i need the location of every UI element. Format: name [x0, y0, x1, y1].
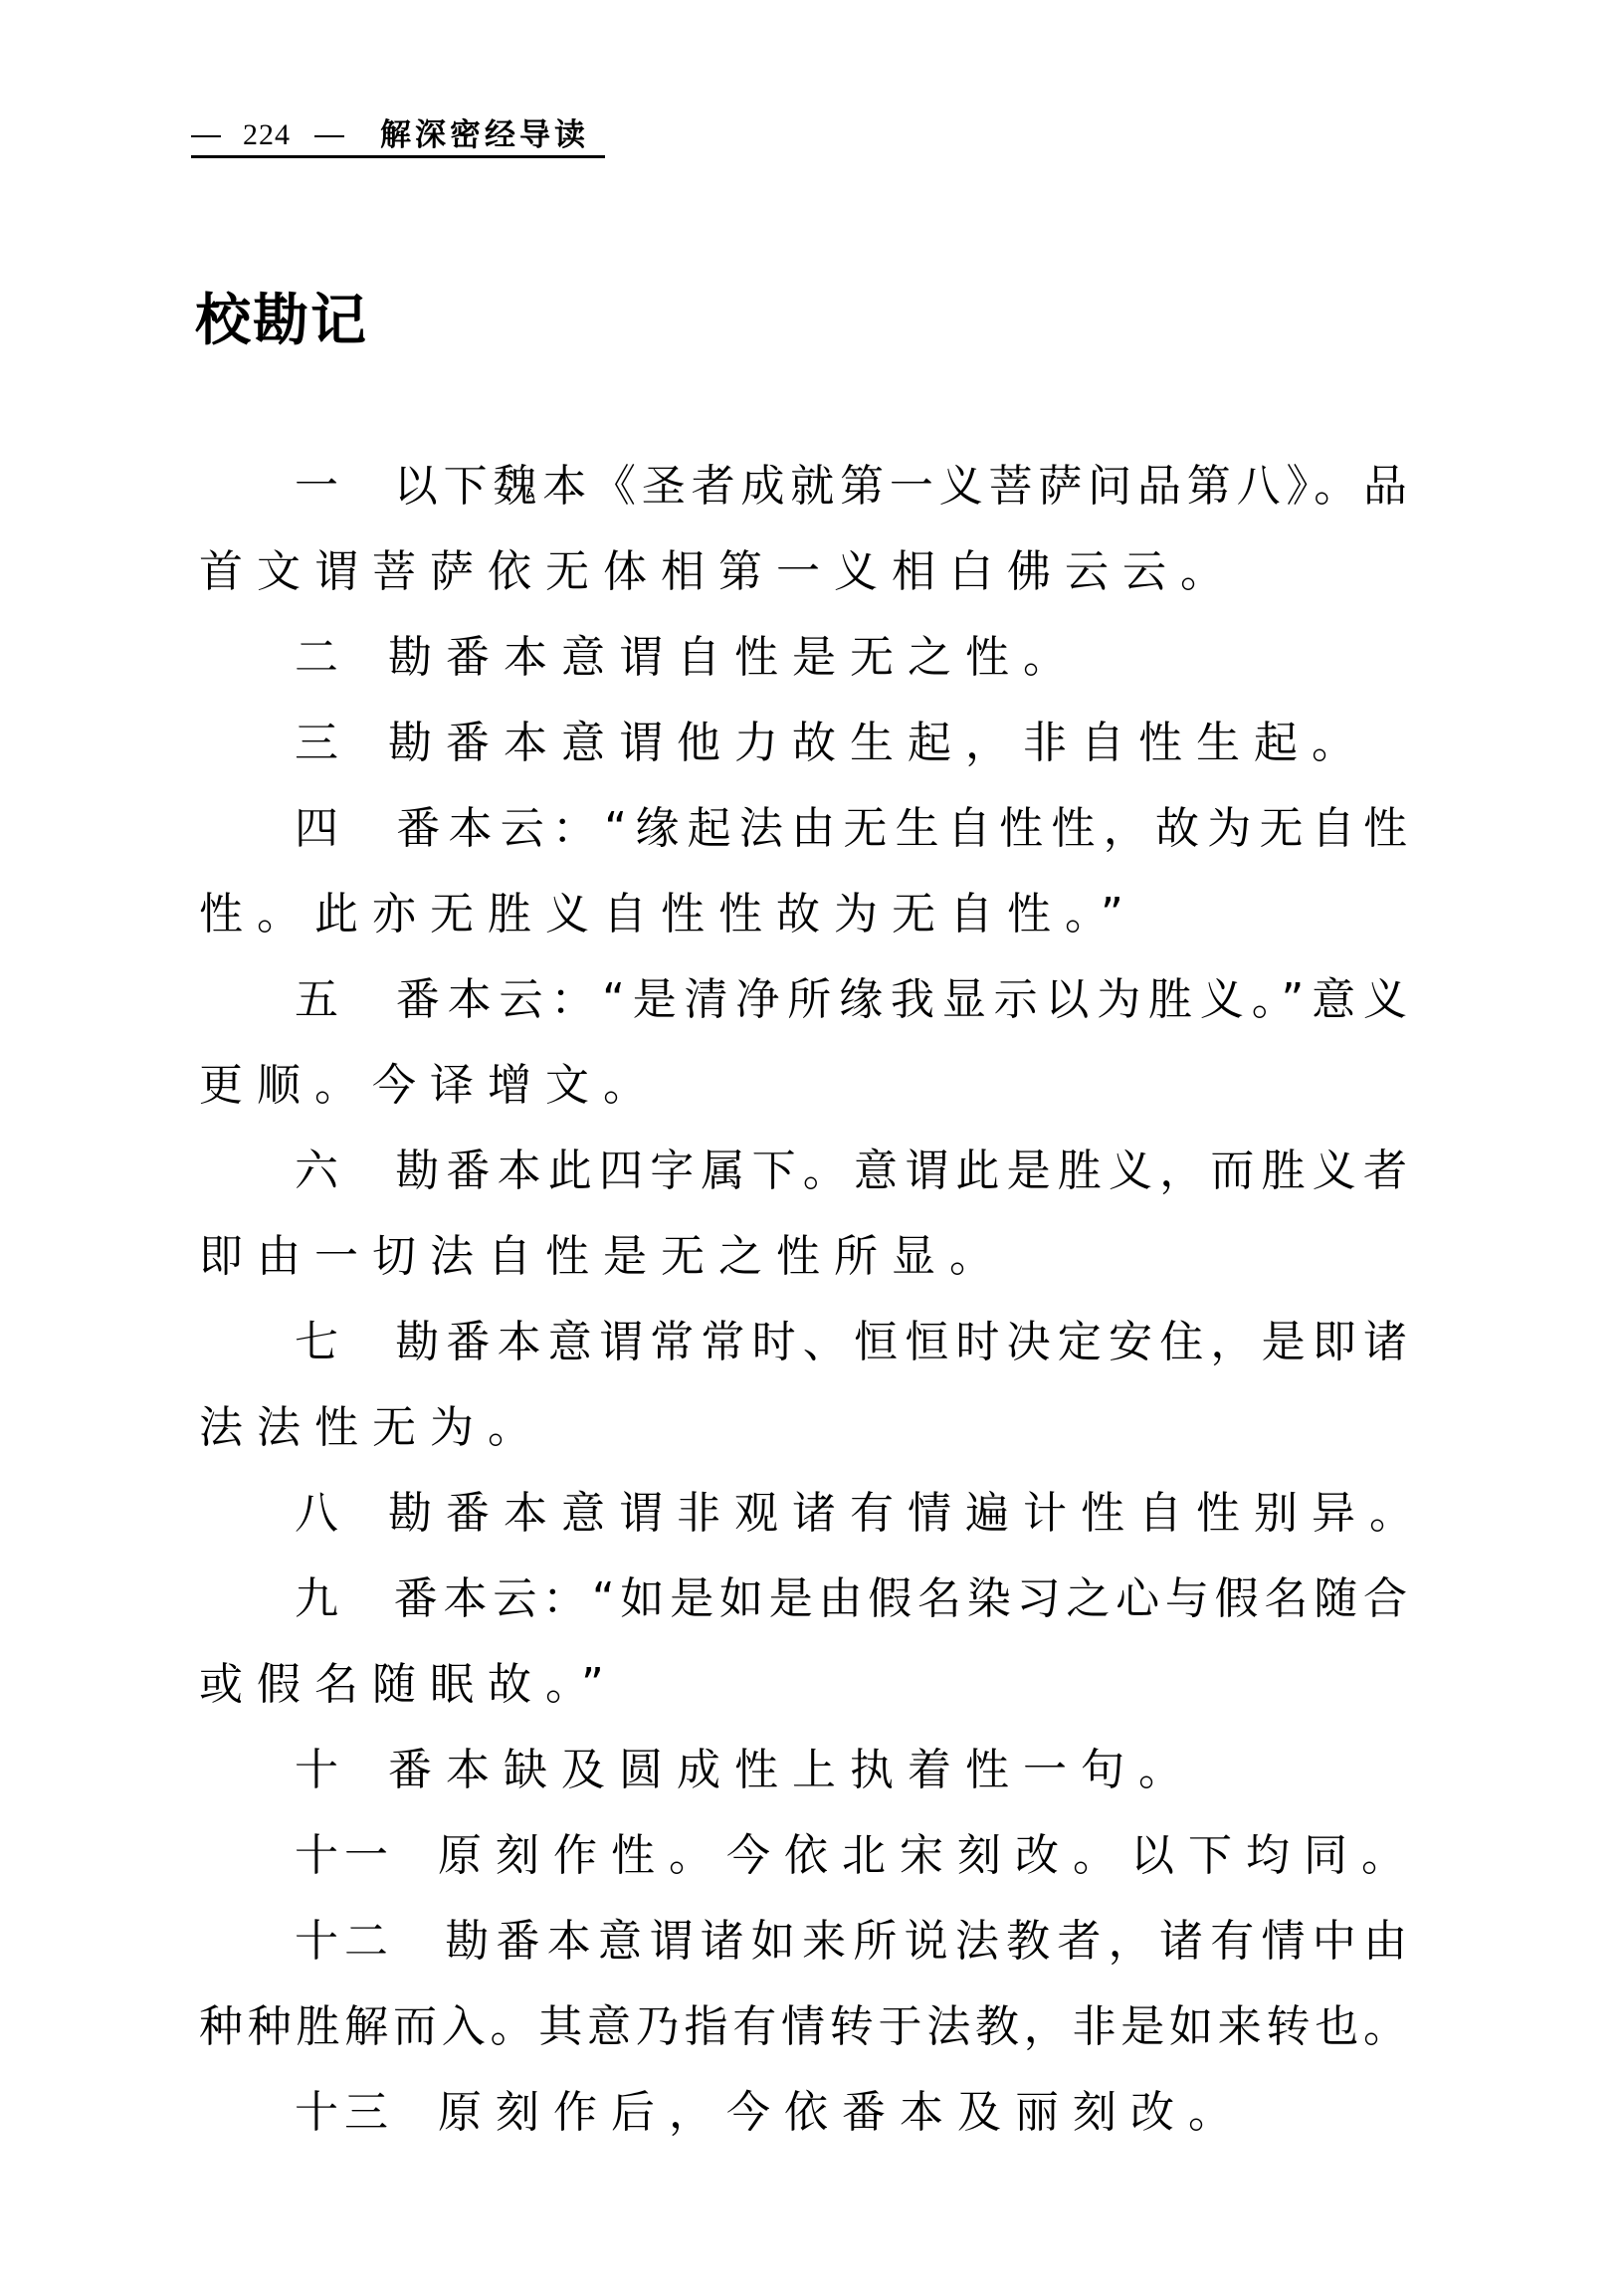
note-13-line-1: 十三原刻作后，今依番本及丽刻改。 [199, 2070, 1407, 2156]
note-number: 一 [295, 444, 344, 529]
section-title: 校勘记 [195, 287, 368, 356]
note-text: 番本云：“缘起法由无生自性性，故为无自性 [388, 803, 1407, 854]
note-text: 原刻作性。今依北宋刻改。以下均同。 [438, 1830, 1419, 1881]
note-4-line-2: 性。此亦无胜义自性性故为无自性。” [199, 872, 1407, 957]
note-3-line-1: 三勘番本意谓他力故生起，非自性生起。 [199, 701, 1407, 786]
note-text: 原刻作后，今依番本及丽刻改。 [438, 2087, 1246, 2138]
note-8-line-1: 八勘番本意谓非观诸有情遍计性自性别异。 [199, 1471, 1407, 1557]
note-number: 四 [295, 786, 344, 872]
note-2-line-1: 二勘番本意谓自性是无之性。 [199, 615, 1407, 701]
note-7-line-1: 七勘番本意谓常常时、恒恒时决定安住，是即诸 [199, 1300, 1407, 1385]
note-number: 六 [295, 1129, 344, 1214]
note-number: 九 [295, 1557, 344, 1642]
note-number: 五 [295, 957, 344, 1043]
running-head: 224 解深密经导读 [191, 111, 605, 158]
page-number: 224 [243, 115, 291, 155]
note-text: 番本缺及圆成性上执着性一句。 [388, 1745, 1196, 1795]
note-4-line-1: 四番本云：“缘起法由无生自性性，故为无自性 [199, 786, 1407, 872]
note-text: 首文谓菩萨依无体相第一义相白佛云云。 [199, 546, 1238, 597]
note-text: 勘番本此四字属下。意谓此是胜义，而胜义者 [388, 1146, 1407, 1196]
note-number: 七 [295, 1300, 344, 1385]
note-6-line-1: 六勘番本此四字属下。意谓此是胜义，而胜义者 [199, 1129, 1407, 1214]
note-text: 种种胜解而入。其意乃指有情转于法教，非是如来转也。 [199, 2001, 1407, 2052]
dash-right [314, 135, 344, 137]
note-text: 法法性无为。 [199, 1402, 545, 1453]
note-number: 三 [295, 701, 344, 786]
note-1-line-2: 首文谓菩萨依无体相第一义相白佛云云。 [199, 529, 1407, 615]
note-1-line-1: 一以下魏本《圣者成就第一义菩萨问品第八》。品 [199, 444, 1407, 529]
note-6-line-2: 即由一切法自性是无之性所显。 [199, 1214, 1407, 1300]
note-text: 勘番本意谓诸如来所说法教者，诸有情中由 [438, 1916, 1407, 1967]
note-number: 十三 [295, 2070, 394, 2156]
note-10-line-1: 十番本缺及圆成性上执着性一句。 [199, 1728, 1407, 1813]
note-12-line-1: 十二勘番本意谓诸如来所说法教者，诸有情中由 [199, 1899, 1407, 1984]
note-number: 十二 [295, 1899, 394, 1984]
note-text: 番本云：“如是如是由假名染习之心与假名随合 [388, 1573, 1407, 1624]
note-5-line-1: 五番本云：“是清净所缘我显示以为胜义。”意义 [199, 957, 1407, 1043]
note-number: 二 [295, 615, 344, 701]
note-9-line-2: 或假名随眠故。” [199, 1642, 1407, 1728]
note-text: 勘番本意谓他力故生起，非自性生起。 [388, 718, 1369, 768]
note-text: 即由一切法自性是无之性所显。 [199, 1231, 1007, 1282]
note-text: 勘番本意谓自性是无之性。 [388, 632, 1081, 683]
note-text: 性。此亦无胜义自性性故为无自性。” [199, 889, 1137, 939]
note-text: 勘番本意谓非观诸有情遍计性自性别异。 [388, 1488, 1427, 1539]
note-text: 以下魏本《圣者成就第一义菩萨问品第八》。品 [388, 461, 1407, 512]
note-12-line-2: 种种胜解而入。其意乃指有情转于法教，非是如来转也。 [199, 1984, 1407, 2070]
note-11-line-1: 十一原刻作性。今依北宋刻改。以下均同。 [199, 1813, 1407, 1899]
note-number: 十 [295, 1728, 344, 1813]
note-text: 或假名随眠故。” [199, 1659, 618, 1710]
note-9-line-1: 九番本云：“如是如是由假名染习之心与假名随合 [199, 1557, 1407, 1642]
note-text: 勘番本意谓常常时、恒恒时决定安住，是即诸 [388, 1317, 1407, 1367]
note-5-line-2: 更顺。今译增文。 [199, 1043, 1407, 1129]
note-7-line-2: 法法性无为。 [199, 1385, 1407, 1471]
note-number: 八 [295, 1471, 344, 1557]
book-title: 解深密经导读 [380, 115, 589, 155]
note-text: 更顺。今译增文。 [199, 1060, 661, 1111]
dash-left [191, 135, 221, 137]
note-number: 十一 [295, 1813, 394, 1899]
note-text: 番本云：“是清净所缘我显示以为胜义。”意义 [388, 974, 1407, 1025]
collation-notes: 一以下魏本《圣者成就第一义菩萨问品第八》。品 首文谓菩萨依无体相第一义相白佛云云… [199, 444, 1407, 2156]
